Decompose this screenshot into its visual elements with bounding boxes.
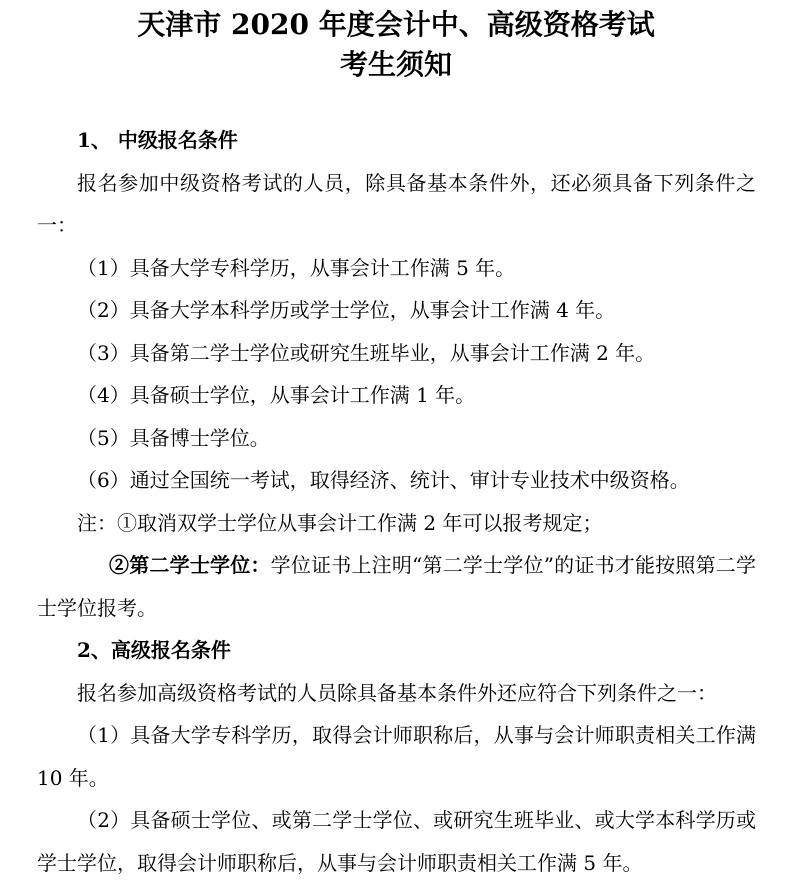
section1-note2-lead: ②第二学士学位：	[109, 553, 271, 577]
section2-heading: 2、高级报名条件	[37, 629, 756, 672]
document-body: 1、 中级报名条件 报名参加中级资格考试的人员，除具备基本条件外，还必须具备下列…	[0, 119, 792, 880]
section1-item-6: （6）通过全国统一考试，取得经济、统计、审计专业技术中级资格。	[37, 459, 756, 502]
section1-intro: 报名参加中级资格考试的人员，除具备基本条件外，还必须具备下列条件之一：	[37, 162, 756, 247]
document-title-line2: 考生须知	[0, 45, 792, 85]
section1-heading: 1、 中级报名条件	[37, 119, 756, 162]
document-title-line1: 天津市 2020 年度会计中、高级资格考试	[0, 5, 792, 45]
section2-intro: 报名参加高级资格考试的人员除具备基本条件外还应符合下列条件之一：	[37, 672, 756, 715]
section1-item-5: （5）具备博士学位。	[37, 417, 756, 460]
section1-item-4: （4）具备硕士学位，从事会计工作满 1 年。	[37, 374, 756, 417]
section1-item-3: （3）具备第二学士学位或研究生班毕业，从事会计工作满 2 年。	[37, 332, 756, 375]
section1-note-2: ②第二学士学位：学位证书上注明“第二学士学位”的证书才能按照第二学士学位报考。	[37, 544, 756, 629]
section2-item-2: （2）具备硕士学位、或第二学士学位、或研究生班毕业、或大学本科学历或学士学位，取…	[37, 799, 756, 880]
section1-item-2: （2）具备大学本科学历或学士学位，从事会计工作满 4 年。	[37, 289, 756, 332]
section2-item-1: （1）具备大学专科学历，取得会计师职称后，从事与会计师职责相关工作满 10 年。	[37, 714, 756, 799]
document-title: 天津市 2020 年度会计中、高级资格考试 考生须知	[0, 0, 792, 85]
document-page: 天津市 2020 年度会计中、高级资格考试 考生须知 1、 中级报名条件 报名参…	[0, 0, 792, 880]
section1-note-1: 注：①取消双学士学位从事会计工作满 2 年可以报考规定；	[37, 502, 756, 545]
section1-item-1: （1）具备大学专科学历，从事会计工作满 5 年。	[37, 247, 756, 290]
